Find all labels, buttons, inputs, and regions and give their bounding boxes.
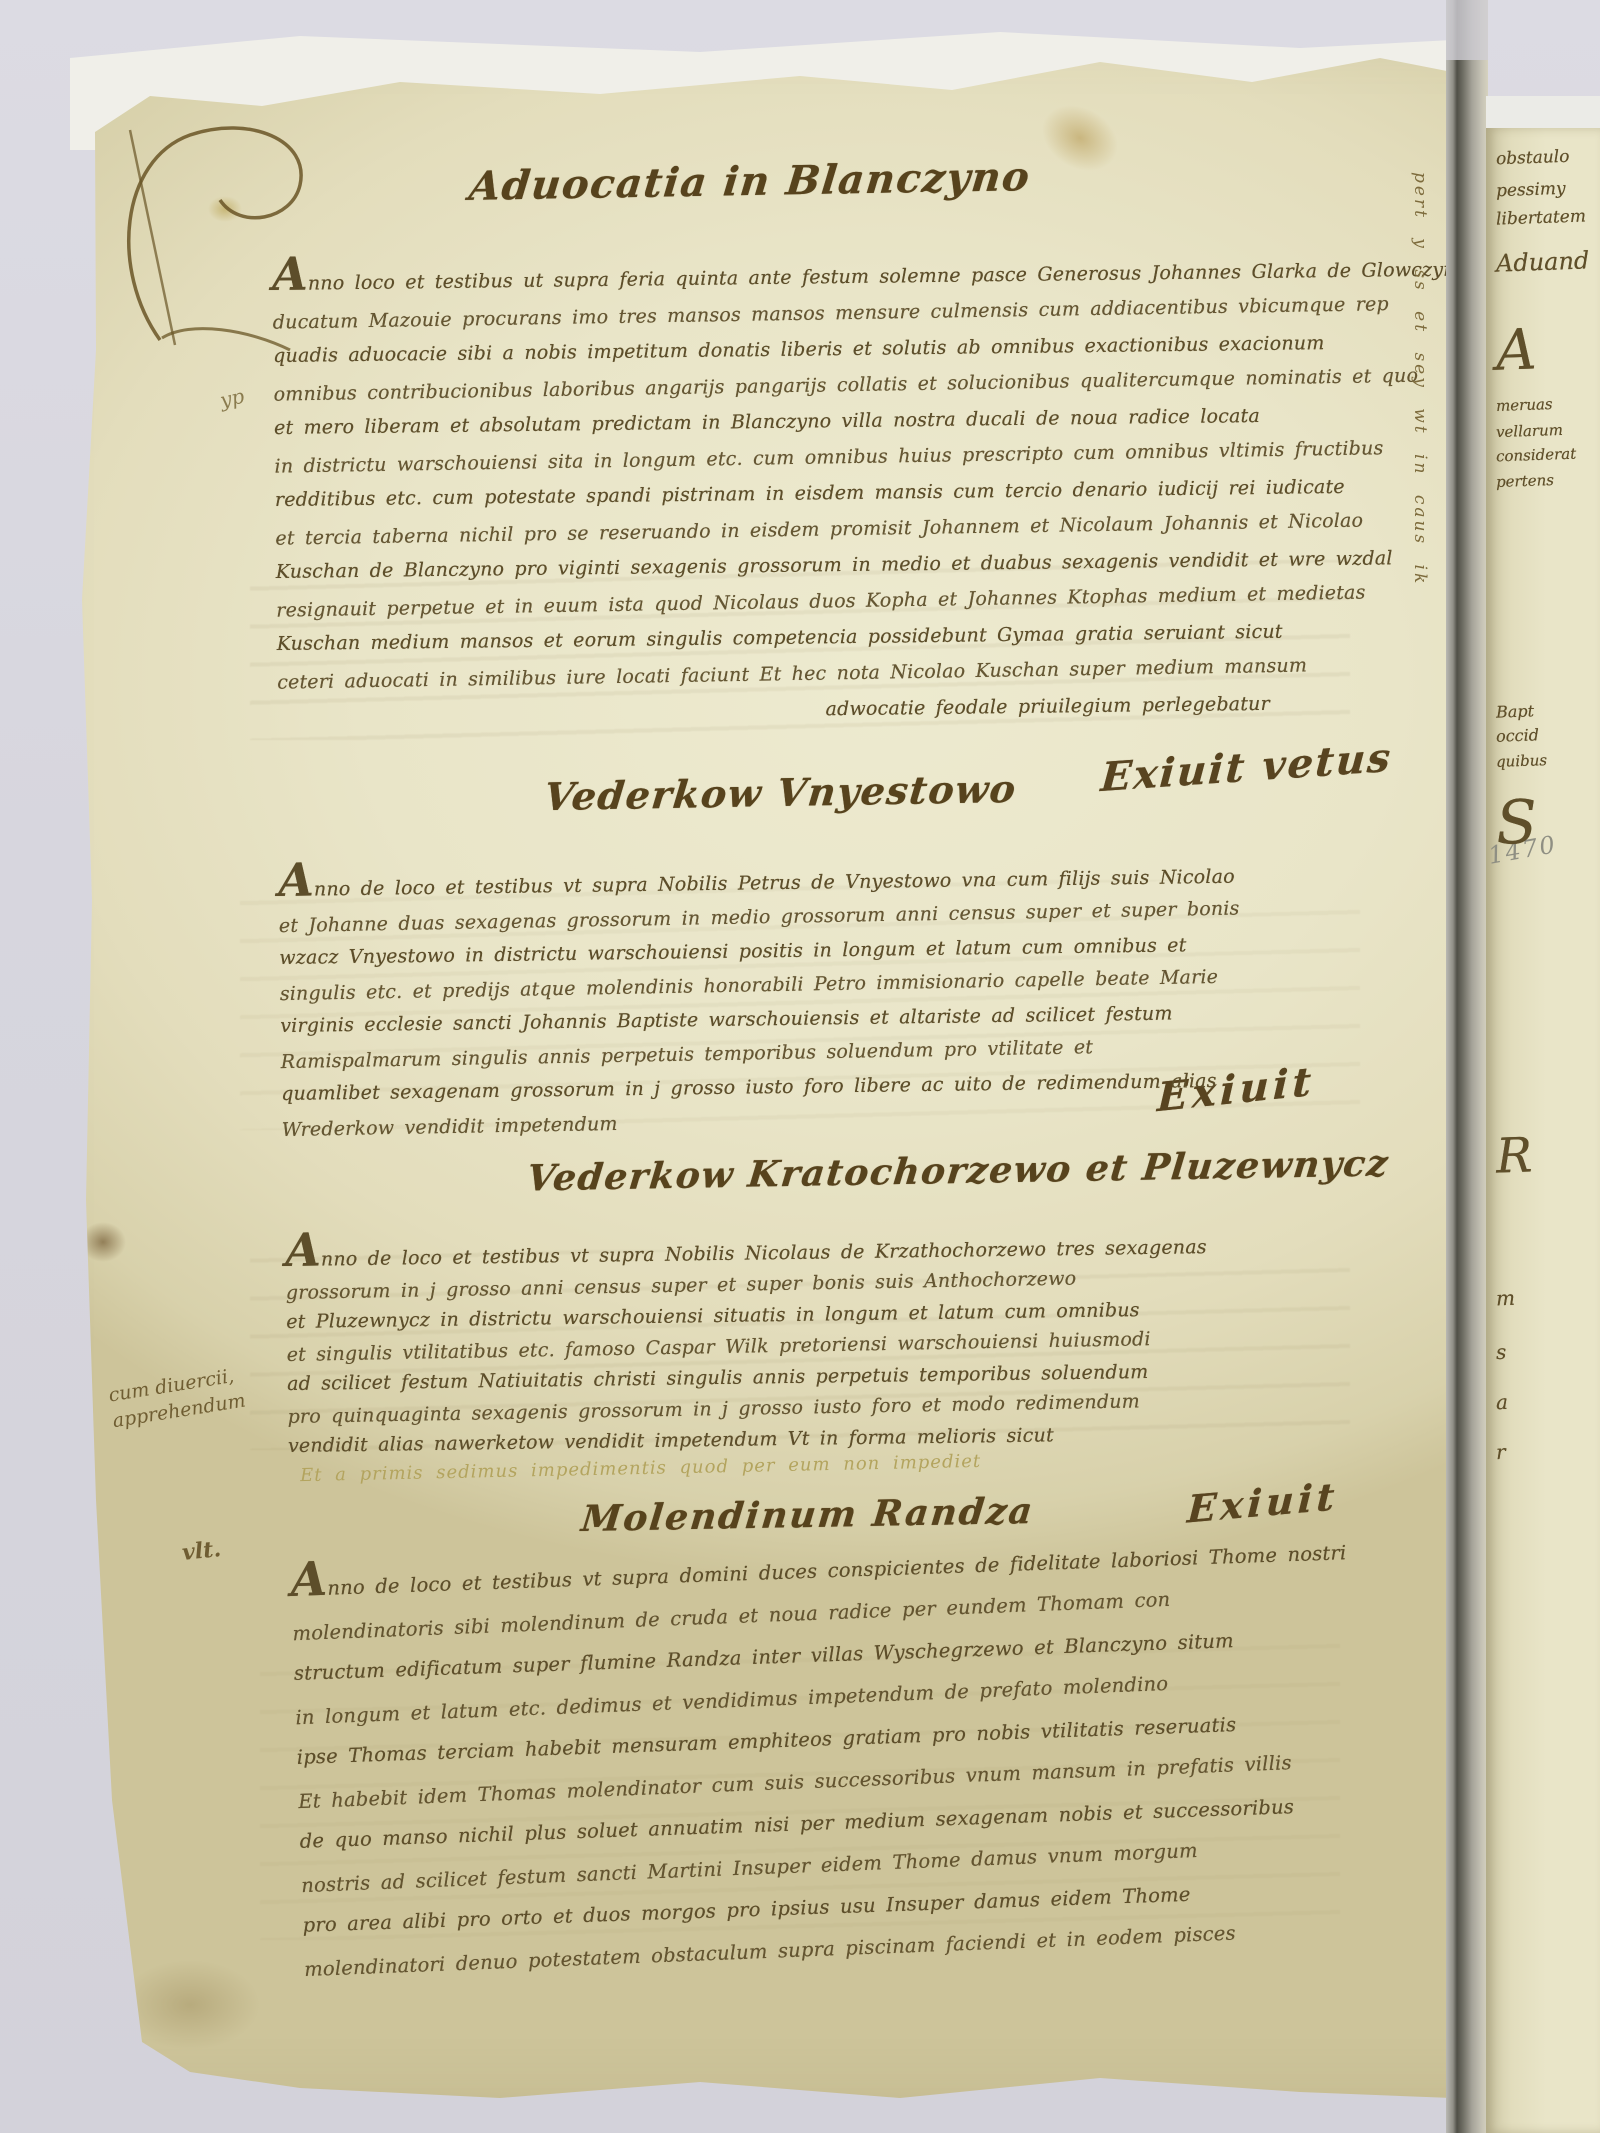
facing-page-word-fragment: Bapt	[1496, 701, 1535, 721]
section-heading-advocatia: Aduocatia in Blanczyno	[467, 153, 1033, 210]
facing-page-word-fragment: r	[1496, 1440, 1506, 1464]
facing-page-word-fragment: obstaulo	[1496, 147, 1570, 170]
facing-page-word-fragment: a	[1496, 1390, 1509, 1414]
section-heading-molendinum-randza: Molendinum Randza	[579, 1490, 1036, 1540]
manuscript-page: Aduocatia in Blanczyno Vederkow Vnyestow…	[0, 0, 1600, 2133]
facing-page-word-fragment: meruas	[1496, 395, 1553, 415]
facing-page-word-fragment: Aduand	[1496, 246, 1590, 277]
facing-page-word-fragment: A	[1495, 317, 1538, 383]
facing-page-word-fragment: S	[1495, 787, 1539, 858]
facing-page-word-fragment: libertatem	[1496, 206, 1587, 229]
exit-note-vetus: Exiuit vetus	[1099, 734, 1393, 801]
margin-note-left: cum diuercii, apprehendum	[107, 1362, 248, 1434]
facing-page-word-fragment: s	[1496, 1340, 1507, 1364]
margin-mark-yp: yp	[218, 384, 247, 412]
exit-note-2: Exiuit	[1186, 1474, 1339, 1532]
facing-page-word-fragment: pessimy	[1496, 179, 1566, 201]
manuscript-text-line: adwocatie feodale priuilegium perlegebat…	[825, 683, 1472, 727]
section-heading-vederkow-kratochorzewo: Vederkow Kratochorzewo et Pluzewnycz	[525, 1142, 1391, 1199]
paragraph-molendinum: Anno de loco et testibus vt supra domini…	[290, 1525, 1360, 1989]
book-gutter-top	[1446, 0, 1488, 60]
ink-stain	[80, 1222, 126, 1262]
vertical-margin-annotation: pert y ss et sey wt in caus ik	[1404, 172, 1430, 717]
paragraph-vnyestowo: Anno de loco et testibus vt supra Nobili…	[278, 849, 1243, 1145]
book-gutter	[1446, 0, 1488, 2133]
facing-page-word-fragment: vellarum	[1496, 421, 1564, 441]
facing-page-top-edge	[1486, 96, 1600, 130]
ink-stain	[208, 196, 242, 222]
facing-page-sliver: 1470 obstaulopessimylibertatemAduandAmer…	[1486, 128, 1600, 2133]
facing-page-word-fragment: m	[1496, 1286, 1516, 1311]
facing-page-word-fragment: considerat	[1496, 445, 1577, 466]
ink-stain	[120, 1960, 260, 2050]
facing-page-word-fragment: quibus	[1496, 751, 1548, 771]
paragraph-advocatia: Anno loco et testibus ut supra feria qui…	[272, 241, 1473, 734]
facing-page-word-fragment: R	[1495, 1127, 1533, 1184]
margin-mark-vlt: vlt.	[181, 1536, 222, 1566]
paragraph-kratochorzewo: Anno de loco et testibus vt supra Nobili…	[285, 1219, 1210, 1462]
ink-stain	[1030, 92, 1129, 184]
section-heading-vederkow-vnyestowo: Vederkow Vnyestowo	[542, 766, 1019, 819]
facing-page-word-fragment: occid	[1496, 725, 1540, 745]
facing-page-word-fragment: pertens	[1496, 471, 1555, 491]
scan-background: Aduocatia in Blanczyno Vederkow Vnyestow…	[0, 0, 1600, 2133]
